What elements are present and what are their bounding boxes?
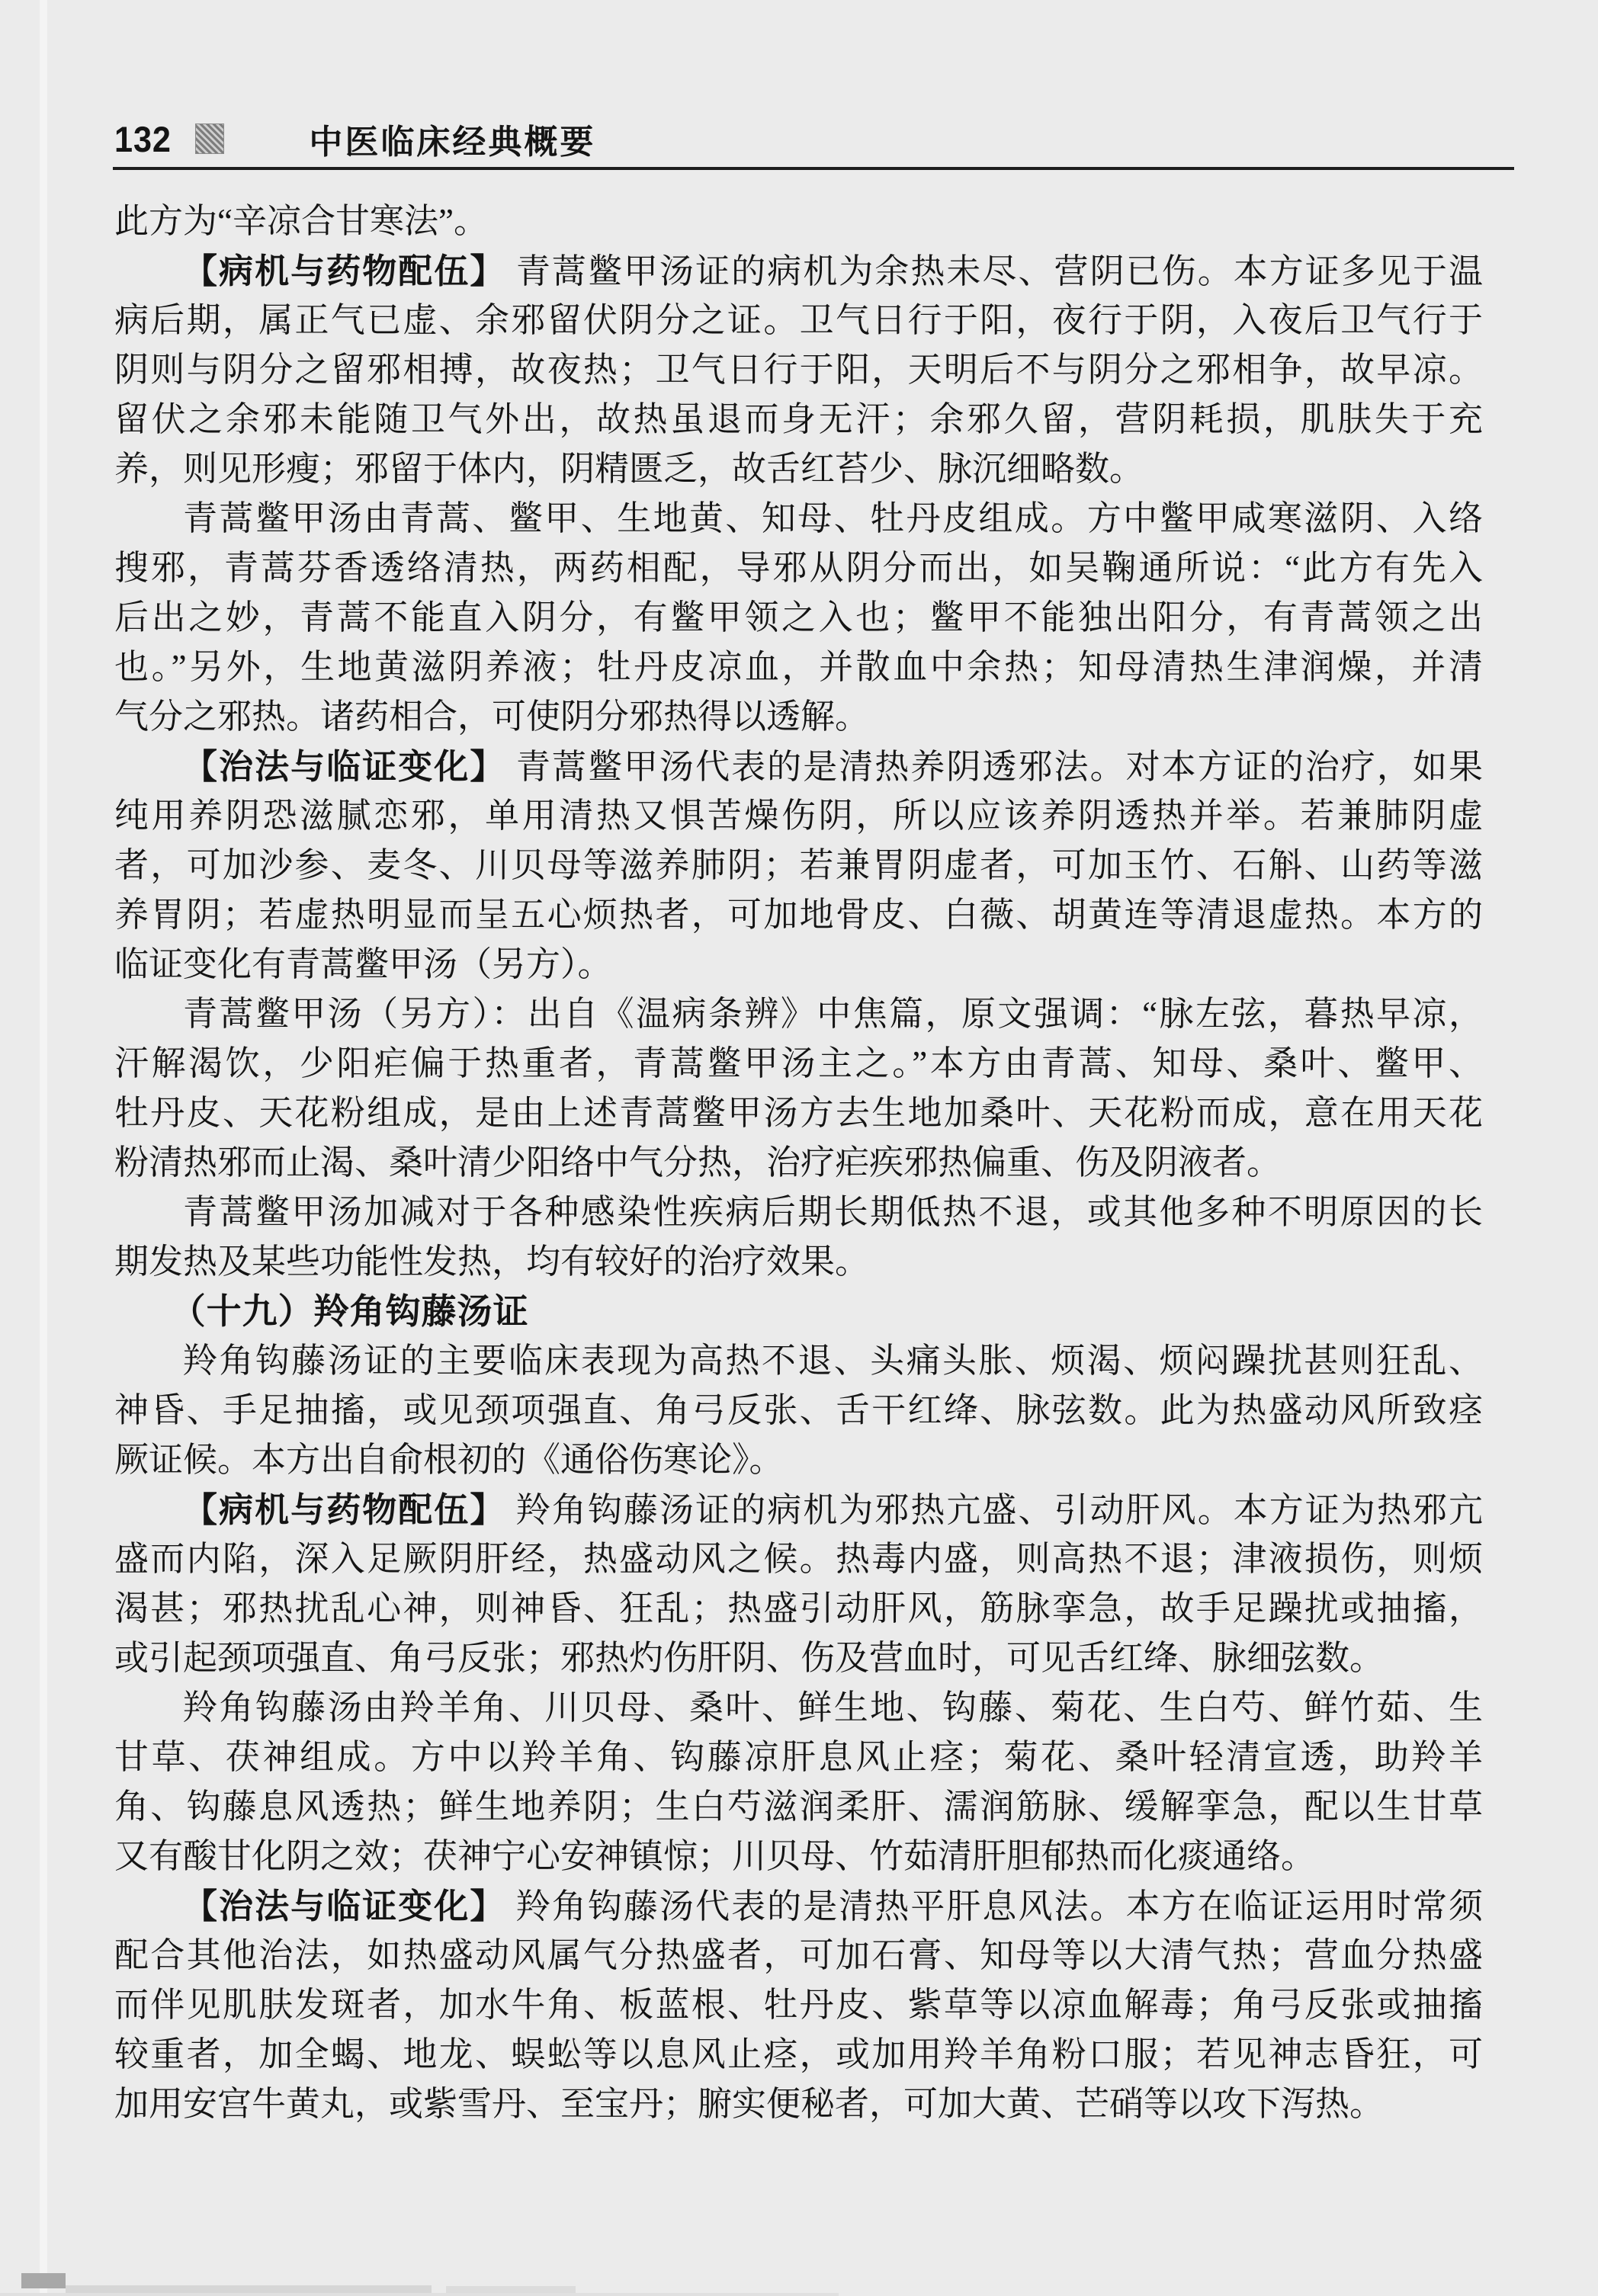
scan-artifact: [21, 2273, 66, 2288]
bracket-label: 【病机与药物配伍】: [183, 252, 505, 290]
book-title: 中医临床经典概要: [309, 114, 595, 163]
text-line: 汗解渴饮，少阳疟偏于热重者，青蒿鳖甲汤主之。”本方由青蒿、知母、桑叶、鳖甲、: [114, 1039, 1483, 1089]
text-line: 牡丹皮、天花粉组成，是由上述青蒿鳖甲汤方去生地加桑叶、天花粉而成，意在用天花: [114, 1089, 1483, 1138]
text-line: 加用安宫牛黄丸，或紫雪丹、至宝丹；腑实便秘者，可加大黄、芒硝等以攻下泻热。: [114, 2080, 1483, 2129]
text-line: 养胃阴；若虚热明显而呈五心烦热者，可加地骨皮、白薇、胡黄连等清退虚热。本方的: [114, 890, 1483, 940]
text-line: 而伴见肌肤发斑者，加水牛角、板蓝根、牡丹皮、紫草等以凉血解毒；角弓反张或抽搐: [114, 1980, 1483, 2030]
text-line: 羚角钩藤汤证的主要临床表现为高热不退、头痛头胀、烦渴、烦闷躁扰甚则狂乱、: [114, 1336, 1483, 1386]
page-number: 132: [114, 118, 172, 160]
text-line: 青蒿鳖甲汤（另方）：出自《温病条辨》中焦篇，原文强调：“脉左弦，暮热早凉，: [114, 989, 1483, 1039]
text-line: 青蒿鳖甲汤由青蒿、鳖甲、生地黄、知母、牡丹皮组成。方中鳖甲咸寒滋阴、入络: [114, 494, 1483, 544]
text-line: 神昏、手足抽搐，或见颈项强直、角弓反张、舌干红绛、脉弦数。此为热盛动风所致痉: [114, 1386, 1483, 1435]
scan-edge-artifact: [40, 0, 47, 2296]
bracket-label: 【治法与临证变化】: [183, 1887, 505, 1926]
text-line: 后出之妙，青蒿不能直入阴分，有鳖甲领之入也；鳖甲不能独出阳分，有青蒿领之出: [114, 593, 1483, 643]
text-line: 阴则与阴分之留邪相搏，故夜热；卫气日行于阳，天明后不与阴分之邪相争，故早凉。: [114, 345, 1483, 395]
text-line: 粉清热邪而止渴、桑叶清少阳络中气分热，治疗疟疾邪热偏重、伤及阴液者。: [114, 1138, 1483, 1188]
text-line: 搜邪，青蒿芬香透络清热，两药相配，导邪从阴分而出，如吴鞠通所说：“此方有先入: [114, 544, 1483, 593]
halftone-square-icon: [196, 124, 223, 153]
scan-artifact: [446, 2286, 576, 2293]
book-page: 132 中医临床经典概要 此方为“辛凉合甘寒法”。【病机与药物配伍】青蒿鳖甲汤证…: [0, 0, 1598, 2296]
bracket-label: 【治法与临证变化】: [183, 747, 505, 786]
page-header: 132 中医临床经典概要: [114, 116, 595, 162]
bracket-label: 【病机与药物配伍】: [183, 1490, 505, 1529]
scan-artifact: [66, 2285, 432, 2293]
text-line: 者，可加沙参、麦冬、川贝母等滋养肺阴；若兼胃阴虚者，可加玉竹、石斛、山药等滋: [114, 841, 1483, 890]
text-line: 配合其他治法，如热盛动风属气分热盛者，可加石膏、知母等以大清气热；营血分热盛: [114, 1931, 1483, 1980]
text-line: 气分之邪热。诸药相合，可使阴分邪热得以透解。: [114, 692, 1483, 742]
text-line: 也。”另外，生地黄滋阴养液；牡丹皮凉血，并散血中余热；知母清热生津润燥，并清: [114, 643, 1483, 692]
text-line: 【治法与临证变化】羚角钩藤汤代表的是清热平肝息风法。本方在临证运用时常须: [114, 1881, 1483, 1931]
scan-artifact: [0, 2293, 839, 2296]
text-line: 羚角钩藤汤由羚羊角、川贝母、桑叶、鲜生地、钩藤、菊花、生白芍、鲜竹茹、生: [114, 1683, 1483, 1733]
text-line: 盛而内陷，深入足厥阴肝经，热盛动风之候。热毒内盛，则高热不退；津液损伤，则烦: [114, 1534, 1483, 1584]
text-line: 【病机与药物配伍】青蒿鳖甲汤证的病机为余热未尽、营阴已伤。本方证多见于温: [114, 246, 1483, 296]
text-line: 【病机与药物配伍】羚角钩藤汤证的病机为邪热亢盛、引动肝风。本方证为热邪亢: [114, 1485, 1483, 1534]
text-line: 病后期，属正气已虚、余邪留伏阴分之证。卫气日行于阳，夜行于阴，入夜后卫气行于: [114, 296, 1483, 345]
section-heading: （十九）羚角钩藤汤证: [114, 1287, 1483, 1336]
text-line: 或引起颈项强直、角弓反张；邪热灼伤肝阴、伤及营血时，可见舌红绛、脉细弦数。: [114, 1634, 1483, 1683]
text-line: 角、钩藤息风透热；鲜生地养阴；生白芍滋润柔肝、濡润筋脉、缓解挛急，配以生甘草: [114, 1782, 1483, 1832]
text-lines: 此方为“辛凉合甘寒法”。【病机与药物配伍】青蒿鳖甲汤证的病机为余热未尽、营阴已伤…: [114, 197, 1483, 2129]
header-rule: [113, 167, 1514, 170]
text-line: 又有酸甘化阴之效；茯神宁心安神镇惊；川贝母、竹茹清肝胆郁热而化痰通络。: [114, 1832, 1483, 1881]
text-line: 留伏之余邪未能随卫气外出，故热虽退而身无汗；余邪久留，营阴耗损，肌肤失于充: [114, 395, 1483, 444]
text-line: 甘草、茯神组成。方中以羚羊角、钩藤凉肝息风止痉；菊花、桑叶轻清宣透，助羚羊: [114, 1733, 1483, 1782]
text-line: 养，则见形瘦；邪留于体内，阴精匮乏，故舌红苔少、脉沉细略数。: [114, 444, 1483, 494]
text-line: 【治法与临证变化】青蒿鳖甲汤代表的是清热养阴透邪法。对本方证的治疗，如果: [114, 742, 1483, 791]
text-line: 较重者，加全蝎、地龙、蜈蚣等以息风止痉，或加用羚羊角粉口服；若见神志昏狂，可: [114, 2030, 1483, 2080]
text-line: 临证变化有青蒿鳖甲汤（另方）。: [114, 940, 1483, 989]
text-line: 厥证候。本方出自俞根初的《通俗伤寒论》。: [114, 1435, 1483, 1485]
text-line: 渴甚；邪热扰乱心神，则神昏、狂乱；热盛引动肝风，筋脉挛急，故手足躁扰或抽搐，: [114, 1584, 1483, 1634]
text-line: 青蒿鳖甲汤加减对于各种感染性疾病后期长期低热不退，或其他多种不明原因的长: [114, 1188, 1483, 1237]
text-line: 纯用养阴恐滋腻恋邪，单用清热又惧苦燥伤阴，所以应该养阴透热并举。若兼肺阴虚: [114, 791, 1483, 841]
text-line: 期发热及某些功能性发热，均有较好的治疗效果。: [114, 1237, 1483, 1287]
text-line: 此方为“辛凉合甘寒法”。: [114, 197, 1483, 246]
